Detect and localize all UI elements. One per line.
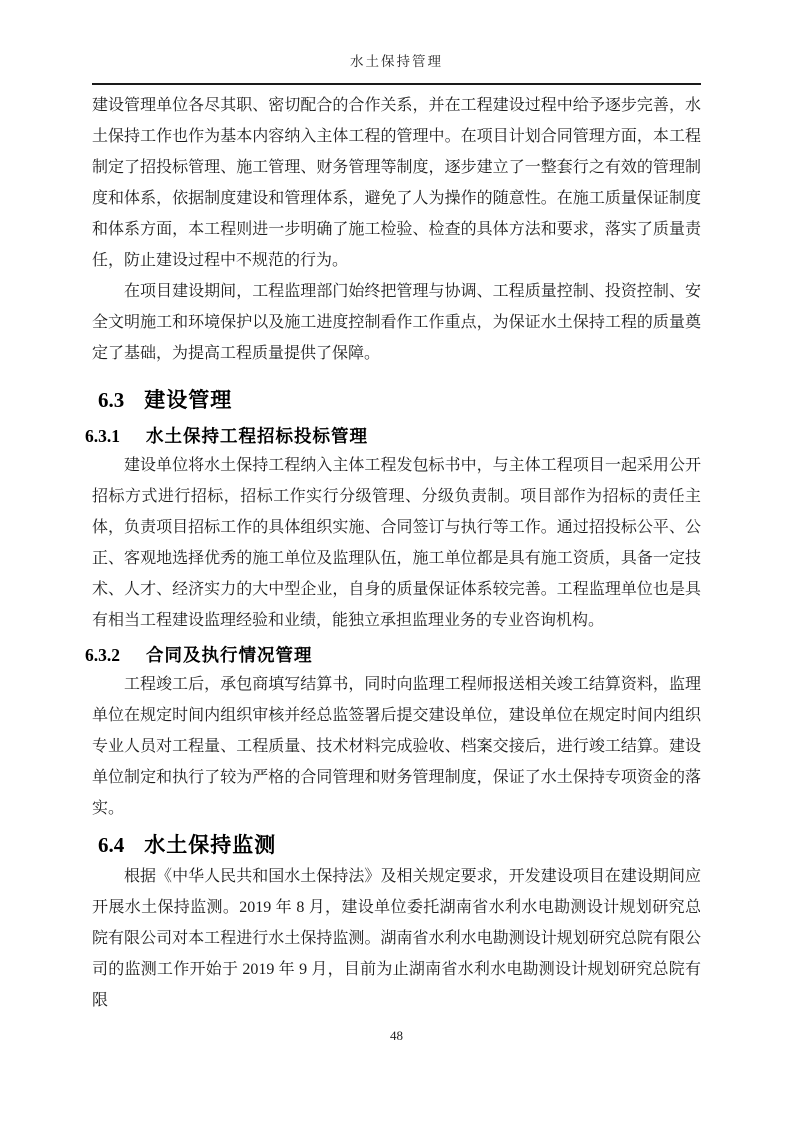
section-title: 合同及执行情况管理 <box>146 645 313 665</box>
header-title: 水土保持管理 <box>350 54 443 69</box>
section-title: 水土保持工程招标投标管理 <box>146 426 368 446</box>
section-title: 建设管理 <box>144 389 232 412</box>
section-heading-6-3-2: 6.3.2合同及执行情况管理 <box>85 642 701 669</box>
section-heading-6-3: 6.3建设管理 <box>98 385 701 416</box>
paragraph-6-4: 根据《中华人民共和国水土保持法》及相关规定要求，开发建设项目在建设期间应开展水土… <box>92 861 701 1016</box>
paragraph-6-3-2: 工程竣工后，承包商填写结算书，同时向监理工程师报送相关竣工结算资料，监理单位在规… <box>92 669 701 824</box>
paragraph-intro-2: 在项目建设期间，工程监理部门始终把管理与协调、工程质量控制、投资控制、安全文明施… <box>92 276 701 369</box>
page-number: 48 <box>390 1028 403 1043</box>
paragraph-intro-1: 建设管理单位各尽其职、密切配合的合作关系，并在工程建设过程中给予逐步完善，水土保… <box>92 90 701 276</box>
section-heading-6-4: 6.4水土保持监测 <box>98 830 701 861</box>
section-number: 6.4 <box>98 833 124 857</box>
header-rule <box>92 83 701 85</box>
section-title: 水土保持监测 <box>144 834 276 857</box>
section-number: 6.3 <box>98 388 124 412</box>
section-number: 6.3.1 <box>85 426 120 446</box>
document-page: 水土保持管理 建设管理单位各尽其职、密切配合的合作关系，并在工程建设过程中给予逐… <box>0 0 793 1122</box>
section-number: 6.3.2 <box>85 645 120 665</box>
section-heading-6-3-1: 6.3.1水土保持工程招标投标管理 <box>85 423 701 450</box>
page-header: 水土保持管理 <box>0 50 793 70</box>
page-footer: 48 <box>0 1028 793 1044</box>
paragraph-6-3-1: 建设单位将水土保持工程纳入主体工程发包标书中，与主体工程项目一起采用公开招标方式… <box>92 450 701 636</box>
document-content: 建设管理单位各尽其职、密切配合的合作关系，并在工程建设过程中给予逐步完善，水土保… <box>92 90 701 1016</box>
